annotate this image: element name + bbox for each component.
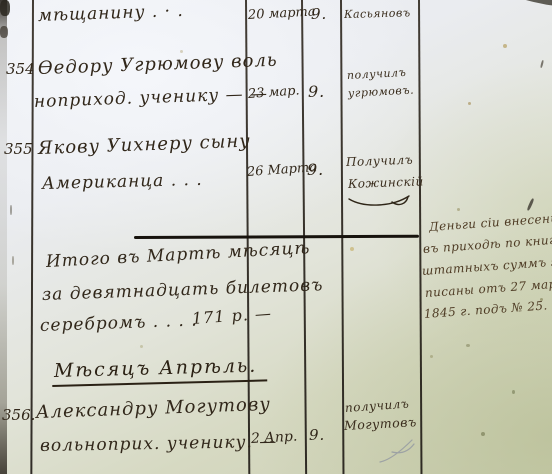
march-total-amount: 171 р. —: [191, 305, 272, 327]
paper-speck: [140, 345, 143, 348]
march-total-line: серебромъ . . . .: [40, 313, 198, 335]
march-total-line: Итого въ Мартѣ мѣсяцѣ: [46, 240, 311, 271]
receipt-note-line: Кожинскій: [348, 175, 424, 190]
carryover-ticket-count: 9.: [311, 7, 327, 22]
carryover-entry-text: мѣщанину . · .: [38, 3, 184, 25]
entry-date: 2 Апр.: [251, 430, 298, 446]
entry-text-line: ноприход. ученику — —: [34, 86, 269, 111]
receipt-note-line: Получилъ: [346, 154, 414, 168]
margin-annotation-line: въ приходѣ по книгѣ: [423, 233, 552, 255]
entry-text-line: вольноприх. ученику. —: [40, 434, 278, 455]
receipt-note-line: получилъ: [347, 67, 407, 81]
entry-text-line: Александру Могутову: [36, 396, 271, 422]
entry-number: 355: [4, 142, 33, 157]
receipt-note-line: Могутовъ: [344, 416, 417, 432]
signature-flourish: [346, 192, 414, 208]
receipt-note-line: получилъ: [345, 398, 410, 414]
entry-date: 23 мар.: [248, 84, 300, 101]
entry-text-line: Американца . . .: [42, 172, 203, 193]
summary-separator-line: [134, 235, 419, 239]
scan-defect-corner-mark: [516, 0, 552, 8]
scan-defect-dash: [526, 198, 534, 211]
ledger-page-scan: мѣщанину . · . 20 марта 9. Касьяновъ 354…: [0, 0, 552, 474]
scan-defect-blob: [0, 26, 8, 38]
paper-speck: [481, 432, 485, 436]
march-total-line: за девятнадцать билетовъ: [42, 277, 324, 304]
paper-speck: [466, 344, 470, 347]
margin-annotation-line: Деньги сіи внесены: [429, 212, 552, 233]
entry-text-line: Ѳедору Угрюмову воль: [38, 52, 278, 78]
margin-annotation-line: 1845 г. подъ № 25.: [424, 299, 548, 320]
scan-defect-blob: [0, 0, 10, 16]
entry-ticket-count: 9.: [308, 84, 325, 100]
paper-speck: [350, 247, 354, 251]
margin-annotation-line: писаны отъ 27 марта: [425, 276, 552, 299]
scan-defect-dash: [12, 256, 14, 265]
entry-number: 356.: [2, 408, 35, 423]
entry-number: 354: [6, 62, 35, 77]
scan-defect-dash: [540, 60, 544, 68]
margin-annotation-line: штатныхъ суммъ за-: [422, 255, 552, 277]
paper-speck: [512, 390, 515, 394]
entry-ticket-count: 9.: [307, 162, 324, 178]
paper-speck: [457, 208, 460, 211]
pencil-squiggle: [352, 438, 422, 466]
month-heading: Мѣсяцъ Апрѣль.: [52, 356, 268, 387]
paper-speck: [468, 102, 471, 105]
paper-speck: [503, 44, 507, 48]
scan-defect-dash: [10, 205, 12, 215]
paper-speck: [430, 355, 433, 358]
entry-ticket-count: 9.: [309, 428, 325, 443]
carryover-receipt-note: Касьяновъ: [344, 7, 411, 20]
carryover-entry-date: 20 марта: [248, 5, 316, 22]
receipt-note-line: угрюмовъ.: [348, 85, 415, 99]
entry-text-line: Якову Уихнеру сыну: [38, 133, 251, 158]
